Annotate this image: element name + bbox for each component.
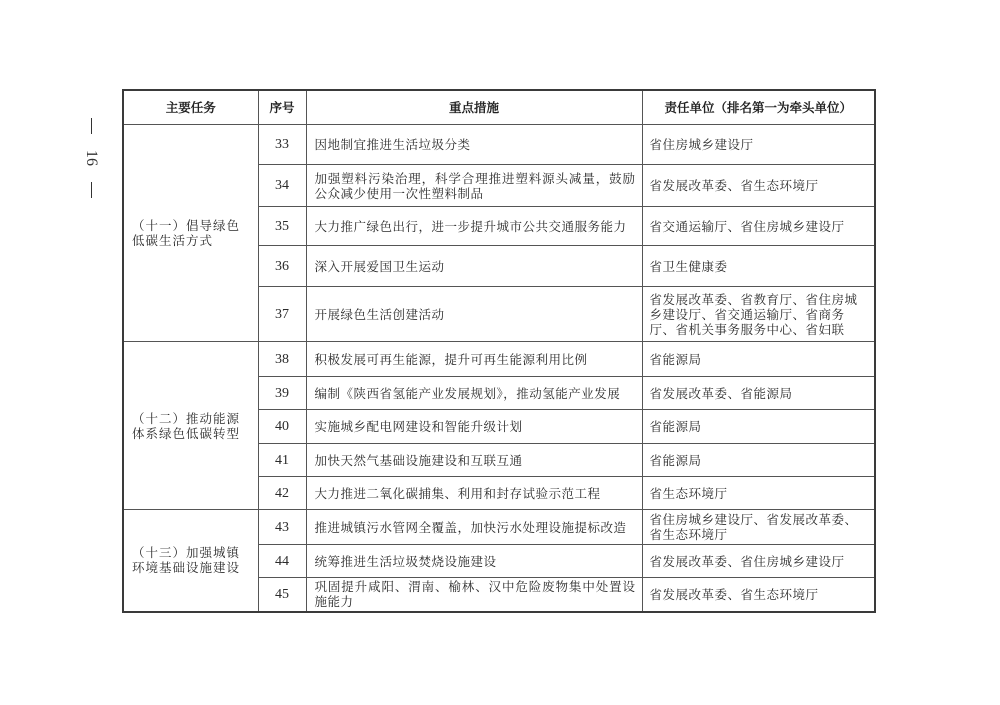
unit-cell: 省发展改革委、省住房城乡建设厅	[642, 545, 875, 578]
task-table: 主要任务 序号 重点措施 责任单位（排名第一为牵头单位） （十一）倡导绿色低碳生…	[122, 89, 876, 613]
header-measure: 重点措施	[306, 90, 642, 125]
header-seq: 序号	[258, 90, 306, 125]
unit-cell: 省发展改革委、省生态环境厅	[642, 578, 875, 612]
seq-cell: 45	[258, 578, 306, 612]
unit-cell: 省能源局	[642, 444, 875, 477]
measure-cell: 推进城镇污水管网全覆盖，加快污水处理设施提标改造	[306, 510, 642, 545]
unit-cell: 省能源局	[642, 410, 875, 444]
unit-cell: 省交通运输厅、省住房城乡建设厅	[642, 207, 875, 246]
unit-cell: 省发展改革委、省生态环境厅	[642, 165, 875, 207]
header-task: 主要任务	[123, 90, 258, 125]
unit-cell: 省能源局	[642, 342, 875, 377]
unit-cell: 省生态环境厅	[642, 477, 875, 510]
header-unit: 责任单位（排名第一为牵头单位）	[642, 90, 875, 125]
measure-cell: 大力推进二氧化碳捕集、利用和封存试验示范工程	[306, 477, 642, 510]
table-header-row: 主要任务 序号 重点措施 责任单位（排名第一为牵头单位）	[123, 90, 875, 125]
seq-cell: 35	[258, 207, 306, 246]
measure-cell: 开展绿色生活创建活动	[306, 287, 642, 342]
table-row: （十三）加强城镇环境基础设施建设43推进城镇污水管网全覆盖，加快污水处理设施提标…	[123, 510, 875, 545]
task-cell: （十一）倡导绿色低碳生活方式	[123, 125, 258, 342]
seq-cell: 39	[258, 377, 306, 410]
seq-cell: 41	[258, 444, 306, 477]
measure-cell: 加强塑料污染治理，科学合理推进塑料源头减量，鼓励公众减少使用一次性塑料制品	[306, 165, 642, 207]
seq-cell: 33	[258, 125, 306, 165]
table-body: （十一）倡导绿色低碳生活方式33因地制宜推进生活垃圾分类省住房城乡建设厅34加强…	[123, 125, 875, 612]
measure-cell: 编制《陕西省氢能产业发展规划》，推动氢能产业发展	[306, 377, 642, 410]
measure-cell: 巩固提升咸阳、渭南、榆林、汉中危险废物集中处置设施能力	[306, 578, 642, 612]
table-row: （十一）倡导绿色低碳生活方式33因地制宜推进生活垃圾分类省住房城乡建设厅	[123, 125, 875, 165]
measure-cell: 统筹推进生活垃圾焚烧设施建设	[306, 545, 642, 578]
measure-cell: 深入开展爱国卫生运动	[306, 246, 642, 287]
seq-cell: 37	[258, 287, 306, 342]
page-number-dash-top	[91, 118, 92, 134]
unit-cell: 省卫生健康委	[642, 246, 875, 287]
unit-cell: 省发展改革委、省教育厅、省住房城乡建设厅、省交通运输厅、省商务厅、省机关事务服务…	[642, 287, 875, 342]
seq-cell: 43	[258, 510, 306, 545]
seq-cell: 34	[258, 165, 306, 207]
task-cell: （十三）加强城镇环境基础设施建设	[123, 510, 258, 612]
seq-cell: 38	[258, 342, 306, 377]
unit-cell: 省住房城乡建设厅	[642, 125, 875, 165]
page-number-dash-bottom	[91, 182, 92, 198]
unit-cell: 省住房城乡建设厅、省发展改革委、省生态环境厅	[642, 510, 875, 545]
seq-cell: 36	[258, 246, 306, 287]
measure-cell: 实施城乡配电网建设和智能升级计划	[306, 410, 642, 444]
seq-cell: 44	[258, 545, 306, 578]
task-cell: （十二）推动能源体系绿色低碳转型	[123, 342, 258, 510]
page-number: 16	[82, 150, 100, 166]
measure-cell: 因地制宜推进生活垃圾分类	[306, 125, 642, 165]
measure-cell: 加快天然气基础设施建设和互联互通	[306, 444, 642, 477]
seq-cell: 40	[258, 410, 306, 444]
measure-cell: 大力推广绿色出行，进一步提升城市公共交通服务能力	[306, 207, 642, 246]
table-row: （十二）推动能源体系绿色低碳转型38积极发展可再生能源，提升可再生能源利用比例省…	[123, 342, 875, 377]
seq-cell: 42	[258, 477, 306, 510]
page-number-margin: 16	[78, 118, 104, 198]
unit-cell: 省发展改革委、省能源局	[642, 377, 875, 410]
measure-cell: 积极发展可再生能源，提升可再生能源利用比例	[306, 342, 642, 377]
